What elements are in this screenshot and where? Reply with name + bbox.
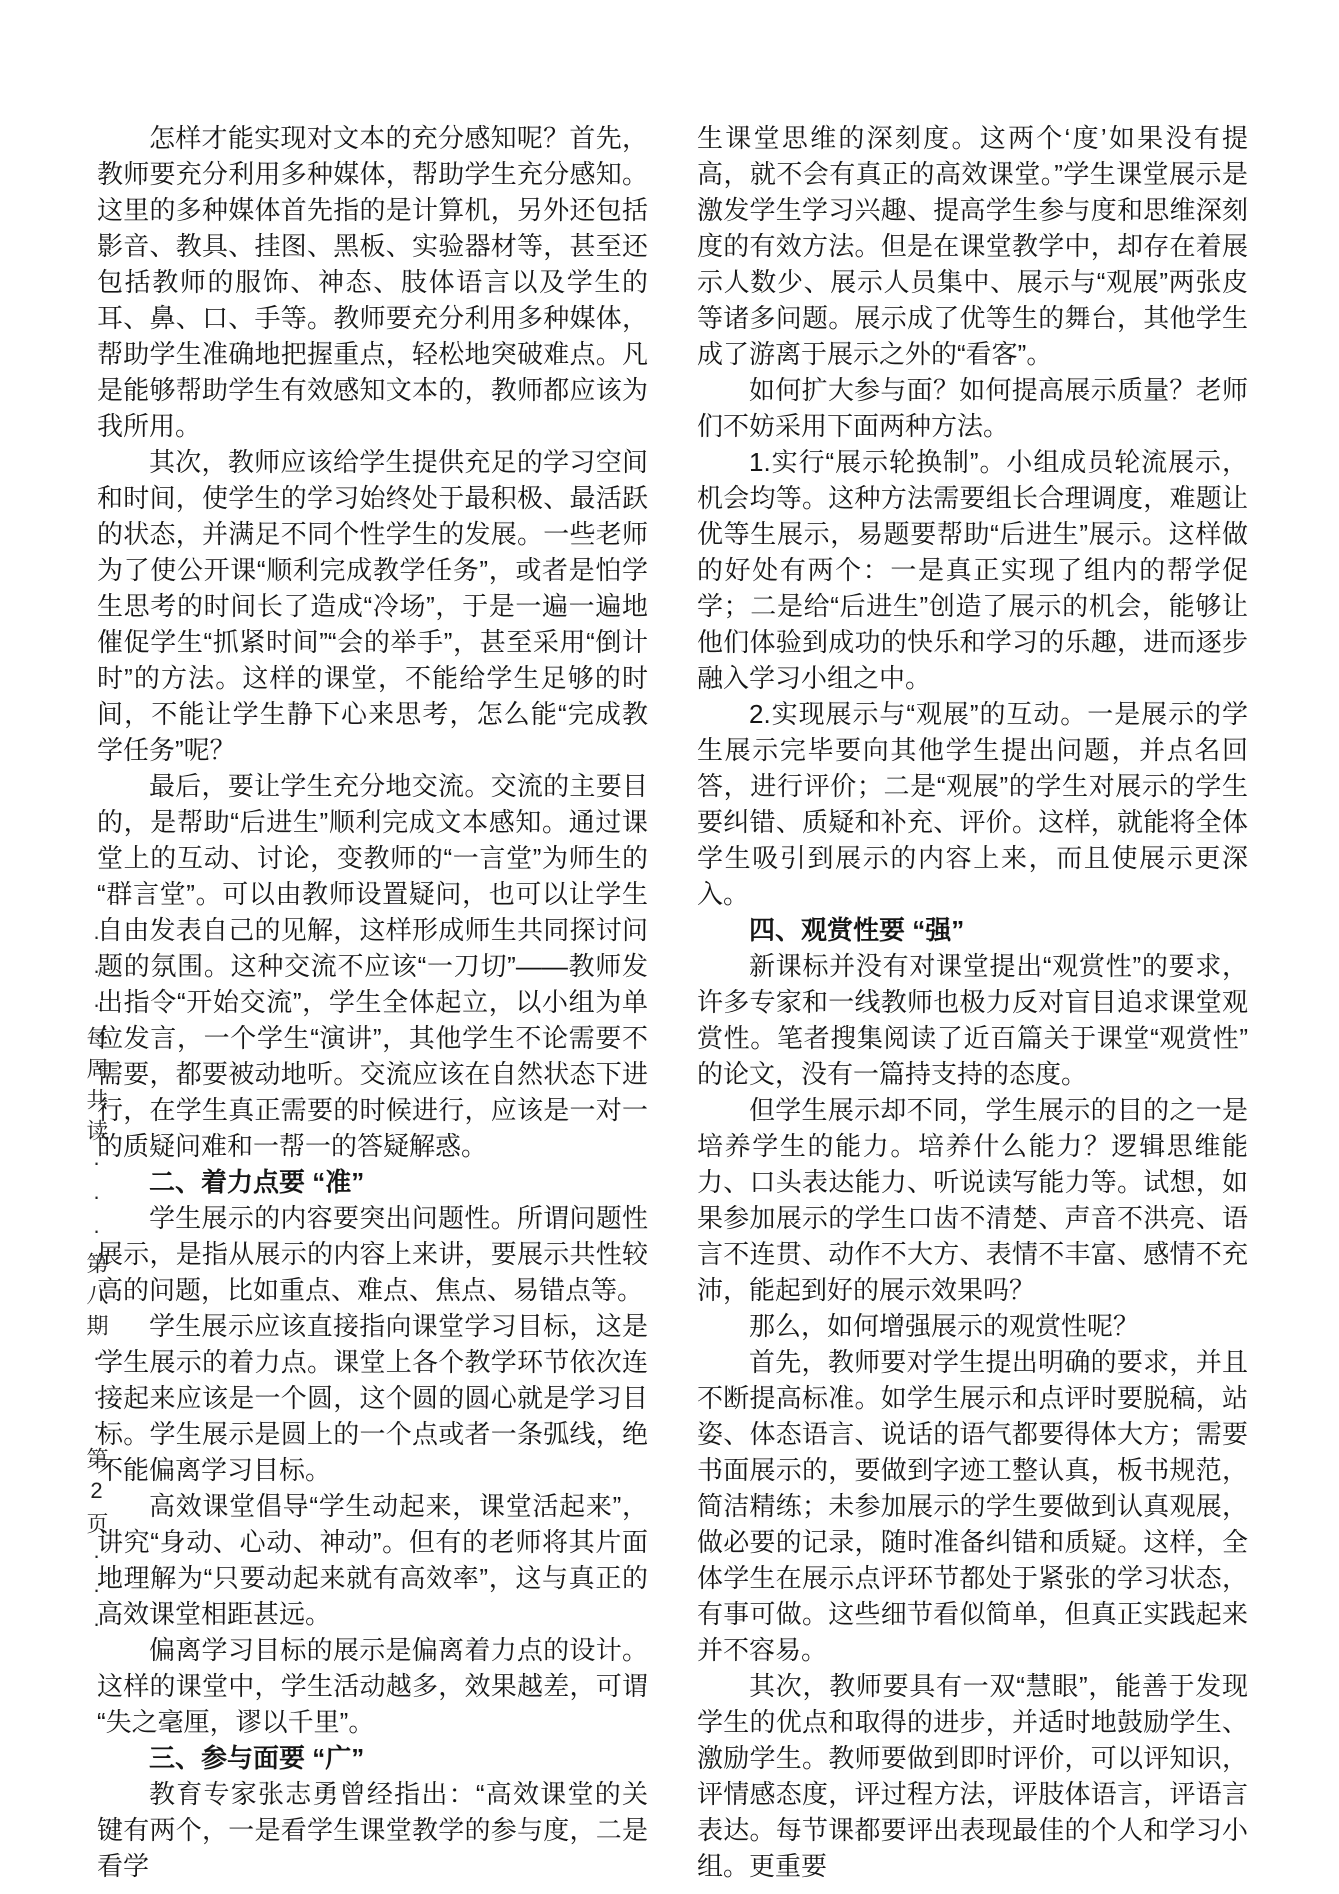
paragraph: 新课标并没有对课堂提出“观赏性”的要求，许多专家和一线教师也极力反对盲目追求课堂… bbox=[697, 948, 1248, 1092]
paragraph: 教育专家张志勇曾经指出：“高效课堂的关键有两个，一是看学生课堂教学的参与度，二是… bbox=[97, 1776, 648, 1884]
paragraph: 其次，教师应该给学生提供充足的学习空间和时间，使学生的学习始终处于最积极、最活跃… bbox=[97, 444, 648, 768]
left-column: 怎样才能实现对文本的充分感知呢？首先，教师要充分利用多种媒体，帮助学生充分感知。… bbox=[97, 120, 648, 1884]
document-page: ···每周共读···第八期···第2页··· 怎样才能实现对文本的充分感知呢？首… bbox=[0, 0, 1339, 1894]
article-columns: 怎样才能实现对文本的充分感知呢？首先，教师要充分利用多种媒体，帮助学生充分感知。… bbox=[97, 120, 1248, 1884]
paragraph: 高效课堂倡导“学生动起来，课堂活起来”，讲究“身动、心动、神动”。但有的老师将其… bbox=[97, 1488, 648, 1632]
paragraph: 其次，教师要具有一双“慧眼”，能善于发现学生的优点和取得的进步，并适时地鼓励学生… bbox=[697, 1668, 1248, 1884]
section-heading: 四、观赏性要 “强” bbox=[697, 912, 1248, 948]
paragraph: 怎样才能实现对文本的充分感知呢？首先，教师要充分利用多种媒体，帮助学生充分感知。… bbox=[97, 120, 648, 444]
right-column: 生课堂思维的深刻度。这两个‘度’如果没有提高，就不会有真正的高效课堂。”学生课堂… bbox=[697, 120, 1248, 1884]
paragraph: 偏离学习目标的展示是偏离着力点的设计。这样的课堂中，学生活动越多，效果越差，可谓… bbox=[97, 1632, 648, 1740]
paragraph: 2.实现展示与“观展”的互动。一是展示的学生展示完毕要向其他学生提出问题，并点名… bbox=[697, 696, 1248, 912]
paragraph: 如何扩大参与面？如何提高展示质量？老师们不妨采用下面两种方法。 bbox=[697, 372, 1248, 444]
paragraph: 学生展示的内容要突出问题性。所谓问题性展示，是指从展示的内容上来讲，要展示共性较… bbox=[97, 1200, 648, 1308]
paragraph: 生课堂思维的深刻度。这两个‘度’如果没有提高，就不会有真正的高效课堂。”学生课堂… bbox=[697, 120, 1248, 372]
paragraph: 那么，如何增强展示的观赏性呢？ bbox=[697, 1308, 1248, 1344]
paragraph: 1.实行“展示轮换制”。小组成员轮流展示，机会均等。这种方法需要组长合理调度，难… bbox=[697, 444, 1248, 696]
section-heading: 三、参与面要 “广” bbox=[97, 1740, 648, 1776]
paragraph: 学生展示应该直接指向课堂学习目标，这是学生展示的着力点。课堂上各个教学环节依次连… bbox=[97, 1308, 648, 1488]
paragraph: 最后，要让学生充分地交流。交流的主要目的，是帮助“后进生”顺利完成文本感知。通过… bbox=[97, 768, 648, 1164]
section-heading: 二、着力点要 “准” bbox=[97, 1164, 648, 1200]
paragraph: 但学生展示却不同，学生展示的目的之一是培养学生的能力。培养什么能力？逻辑思维能力… bbox=[697, 1092, 1248, 1308]
paragraph: 首先，教师要对学生提出明确的要求，并且不断提高标准。如学生展示和点评时要脱稿，站… bbox=[697, 1344, 1248, 1668]
